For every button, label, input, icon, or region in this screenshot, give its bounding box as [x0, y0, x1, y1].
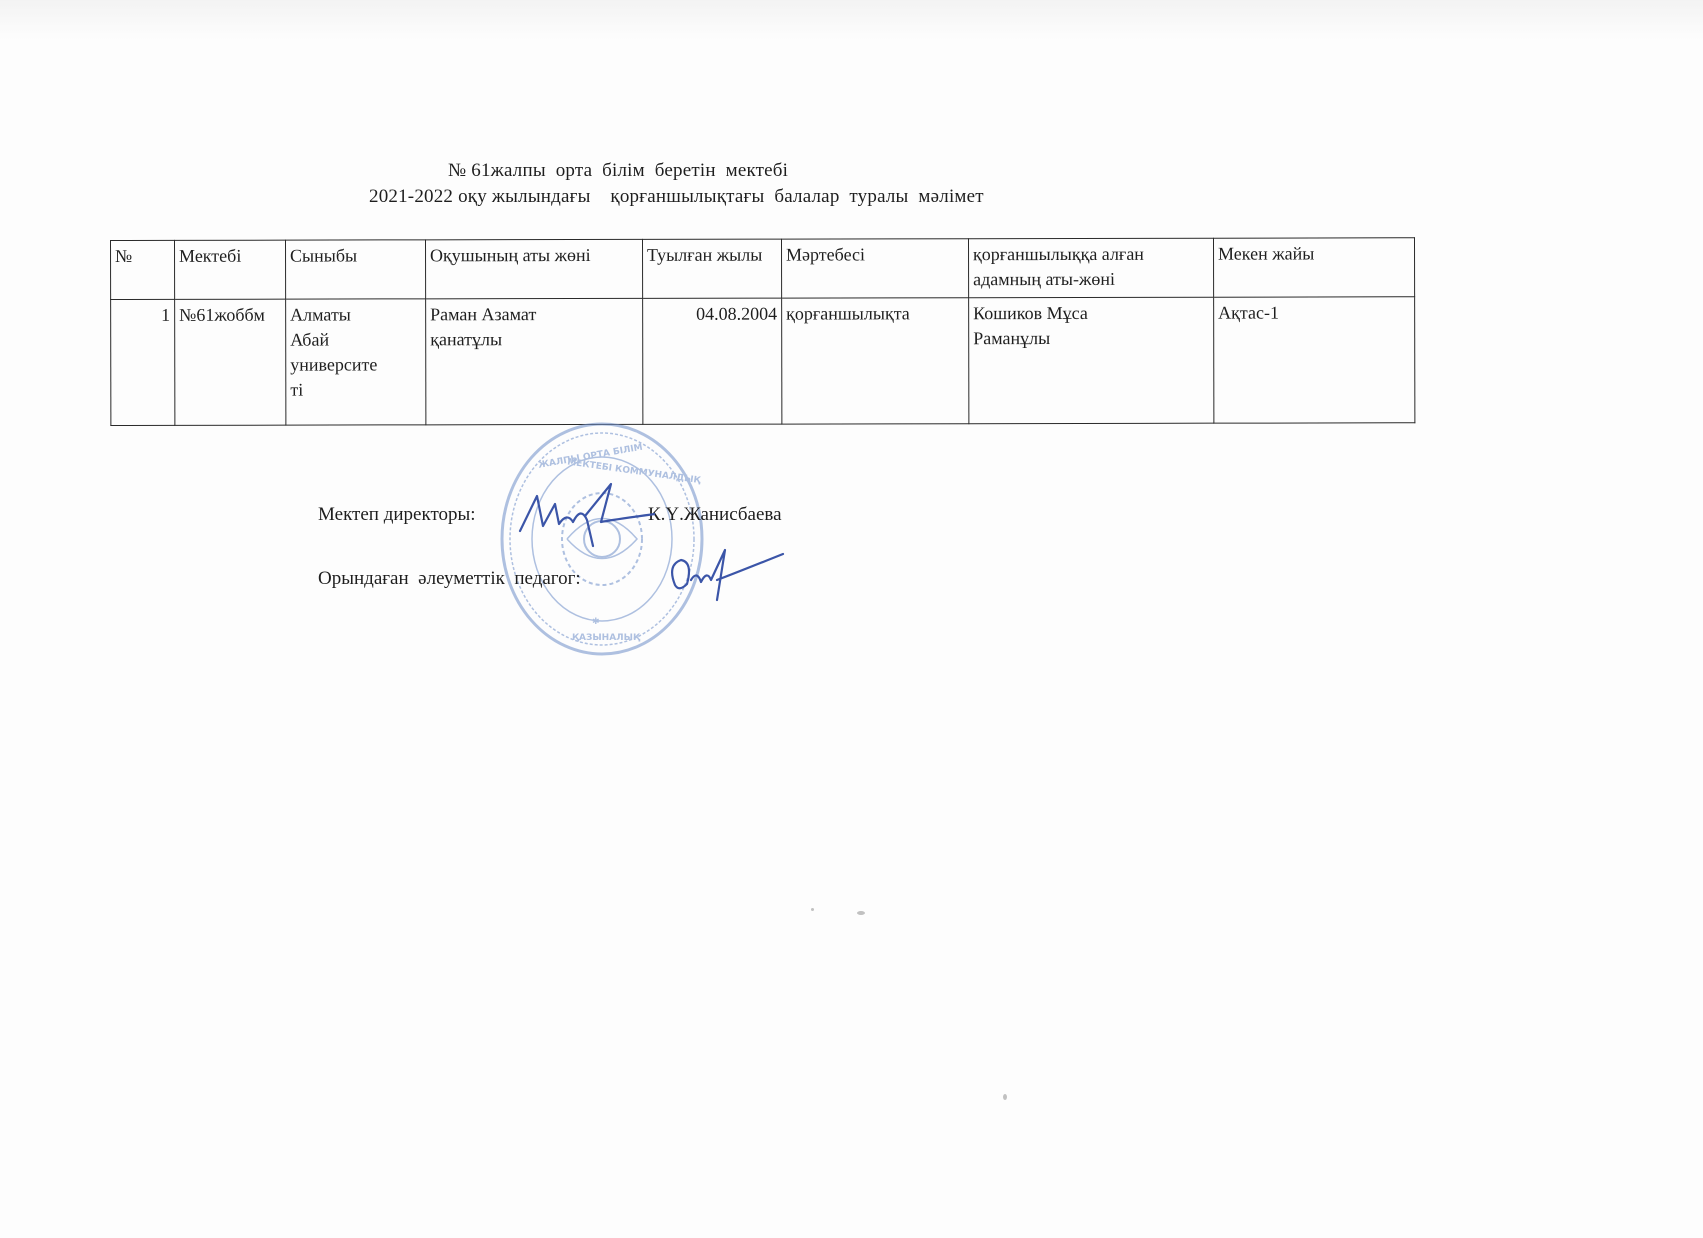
header-class: Сыныбы — [286, 240, 426, 299]
svg-text:ҚАЗЫНАЛЫҚ: ҚАЗЫНАЛЫҚ — [572, 633, 641, 643]
cell-class-line: университе — [290, 352, 421, 377]
director-name: К.Ү.Жанисбаева — [648, 504, 782, 526]
pedagog-signature-icon — [665, 540, 785, 610]
scan-speck — [811, 908, 814, 911]
cell-birth-date: 04.08.2004 — [643, 298, 782, 424]
header-status: Мәртебесі — [781, 239, 968, 298]
cell-class: Алматы Абай университе ті — [286, 299, 426, 425]
table-row: 1 №61жоббм Алматы Абай университе ті Рам… — [111, 297, 1415, 426]
cell-address: Ақтас-1 — [1214, 297, 1415, 423]
table-header-row: № Мектебі Сыныбы Оқушының аты жөні Туылғ… — [111, 238, 1415, 300]
document-title-school: № 61жалпы орта білім беретін мектебі — [448, 160, 788, 182]
official-stamp-icon: ЖАЛПЫ ОРТА БІЛІМ МЕКТЕБІ КОММУНАЛДЫҚ ҚАЗ… — [497, 418, 707, 660]
svg-text:✱: ✱ — [592, 617, 600, 627]
cell-guardian-line: Кошиков Мұса — [973, 301, 1209, 326]
guardianship-table: № Мектебі Сыныбы Оқушының аты жөні Туылғ… — [110, 237, 1415, 426]
scan-edge-shading — [0, 0, 1703, 40]
svg-text:ЖАЛПЫ ОРТА БІЛІМ: ЖАЛПЫ ОРТА БІЛІМ — [537, 443, 643, 471]
director-label: Мектеп директоры: — [318, 504, 476, 526]
scan-speck — [1003, 1094, 1007, 1100]
document-title-subject: 2021-2022 оқу жылындағы қорғаншылықтағы … — [369, 186, 984, 208]
cell-class-line: Алматы — [290, 302, 421, 327]
header-birth-year: Туылған жылы — [642, 239, 781, 298]
header-school: Мектебі — [175, 240, 286, 299]
cell-class-line: Абай — [290, 327, 421, 352]
cell-student-name-line: қанатұлы — [430, 327, 638, 352]
scan-speck — [857, 911, 865, 915]
cell-status: қорғаншылықта — [782, 298, 969, 424]
cell-student-name-line: Раман Азамат — [430, 302, 638, 327]
cell-number: 1 — [111, 299, 175, 425]
director-signature-icon — [515, 476, 655, 556]
cell-guardian-line: Раманұлы — [973, 326, 1209, 351]
header-guardian-name: қорғаншылыққа алған адамның аты-жөні — [968, 238, 1213, 298]
cell-guardian-name: Кошиков Мұса Раманұлы — [969, 297, 1214, 424]
header-number: № — [111, 240, 175, 299]
cell-student-name: Раман Азамат қанатұлы — [426, 298, 643, 424]
pedagog-label: Орындаған әлеуметтік педагог: — [318, 568, 581, 590]
header-address: Мекен жайы — [1213, 238, 1414, 297]
cell-class-line: ті — [290, 377, 421, 402]
cell-school: №61жоббм — [175, 299, 286, 425]
svg-text:МЕКТЕБІ КОММУНАЛДЫҚ: МЕКТЕБІ КОММУНАЛДЫҚ — [567, 457, 702, 486]
header-student-name: Оқушының аты жөні — [426, 239, 643, 298]
